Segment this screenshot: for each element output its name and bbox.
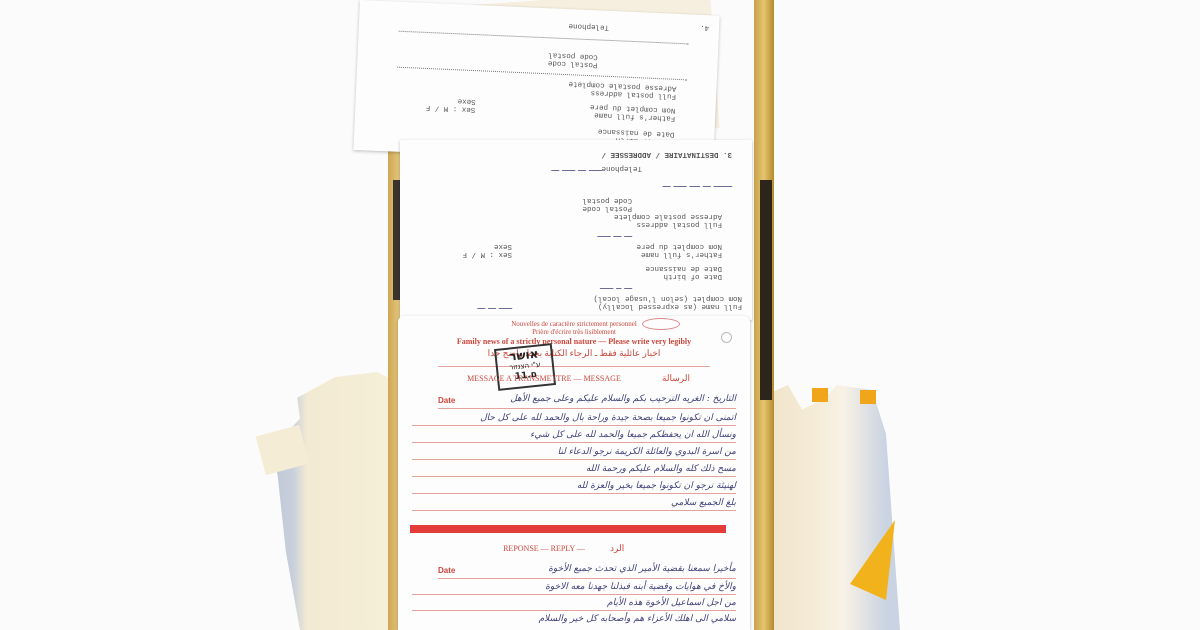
message-line: التاريخ : الغريه الترحيب بكم والسلام علي…	[510, 394, 736, 404]
envelope-orange-corner	[860, 390, 876, 404]
binder-spine-dark	[760, 180, 772, 400]
message-line: اتمنى ان تكونوا جميعا بصحة جيدة وراحة با…	[480, 413, 736, 423]
field-label: Sex : M / F	[462, 250, 512, 258]
field-label: Full postal address	[636, 220, 722, 228]
message-form-page: Nouvelles de caractère strictement perso…	[398, 316, 750, 630]
envelope-orange-corner	[812, 388, 828, 402]
handwritten-text: ـــــ ـــ ـــــ ـــ	[551, 164, 602, 174]
envelope-flap-left	[258, 372, 398, 630]
red-divider-bar	[410, 525, 726, 533]
message-line: من اسرة البدوي والعائلة الكريمة نرجو الد…	[558, 447, 736, 457]
reply-line: مأخيرا سمعنا بقضية الأمير الذي تحدث جميع…	[548, 564, 736, 574]
message-line: بلغ الجميع سلامي	[671, 498, 736, 508]
field-label: Telephone	[568, 21, 609, 31]
section-addressee: 3. DESTINATAIRE / ADDRESSEE /	[601, 150, 732, 158]
field-label: Code postal	[582, 196, 632, 204]
reply-label: REPONSE — REPLY —	[398, 544, 720, 553]
reply-date-label: Date	[438, 566, 455, 575]
message-line: لهنيئة نرجو ان تكونوا جميعا بخير والعزة …	[577, 481, 736, 491]
reply-line: والأخ في هوايات وقضية أبنه فبذلنا جهدنا …	[545, 582, 736, 592]
header-french-2: Prière d'écrire très lisiblement	[398, 328, 750, 336]
reply-label-arabic: الرد	[610, 543, 624, 554]
header-arabic: اخبار عائلية فقط ـ الرجاء الكتابة بخط وا…	[398, 348, 750, 359]
field-label: Date of birth	[663, 272, 722, 280]
reply-line: من اجل اسماعيل الأخوة هذه الأيام	[607, 598, 736, 608]
censor-stamp: אושר ע"י הצנזור 11.ם	[494, 343, 556, 391]
message-line: مسح ذلك كله والسلام عليكم ورحمة الله	[586, 464, 736, 474]
field-label: Postal code	[582, 204, 632, 212]
field-label: Nom complet du pere	[636, 242, 722, 250]
field-label: Date de naissance	[645, 264, 722, 272]
field-label: Father's full name	[641, 250, 722, 258]
message-line: ونسأل الله ان يحفظكم جميعا والحمد لله عل…	[530, 430, 736, 440]
header-english: Family news of a strictly personal natur…	[398, 337, 750, 346]
handwritten-text: ـــ ــ ـــــ	[600, 282, 632, 292]
handwritten-text: ـــ ـــ ـــــ	[597, 230, 632, 240]
header-french: Nouvelles de caractère strictement perso…	[398, 320, 750, 328]
field-label: Full name (as expressed locally)	[598, 302, 742, 310]
handwritten-text: ـــــــ ـــ ــــ ـــــ ـــ	[663, 180, 732, 190]
sender-form-page: 3. DESTINATAIRE / ADDRESSEE / Telephone …	[400, 140, 752, 320]
field-label: Nom complet (selon l'usage local)	[593, 294, 742, 302]
field-label: Telephone	[601, 164, 642, 172]
field-label: Postal code	[548, 58, 598, 68]
message-label-arabic: الرسالة	[662, 373, 690, 384]
field-label: Sex : M / F	[426, 103, 476, 113]
field-label: Sexe	[494, 242, 512, 250]
date-label: Date	[438, 396, 455, 405]
field-label: Adresse postale complete	[614, 212, 722, 220]
handwritten-text: ـــــ ـــ ـــ	[477, 302, 512, 312]
reply-line: سلامي الى اهلك الأعزاء هم وأصحابه كل خير…	[539, 614, 736, 624]
section-number: 4.	[700, 23, 709, 31]
